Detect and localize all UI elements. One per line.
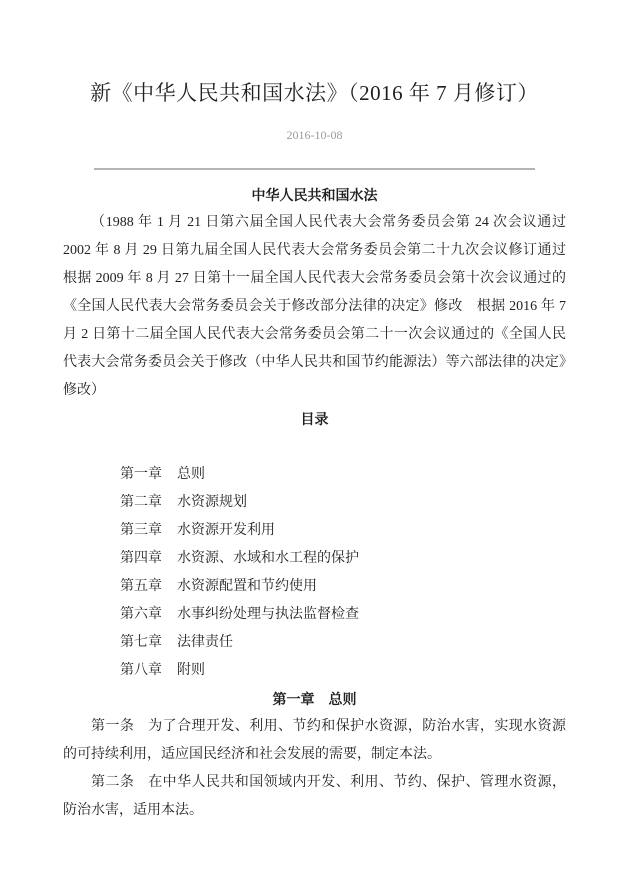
toc-item: 第二章水资源规划 <box>63 489 566 517</box>
divider <box>94 168 535 170</box>
chapter-number: 第一章 <box>273 691 315 707</box>
toc-chapter-label: 第一章 <box>120 461 162 489</box>
toc-chapter-title: 法律责任 <box>177 629 233 657</box>
law-article-number: 第二条 <box>91 775 134 790</box>
toc-chapter-label: 第二章 <box>120 489 162 517</box>
toc-chapter-title: 水资源配置和节约使用 <box>177 573 317 601</box>
chapter-title: 总则 <box>329 691 357 707</box>
toc-chapter-title: 水资源开发利用 <box>177 517 275 545</box>
toc-item: 第七章法律责任 <box>63 629 566 657</box>
toc-item: 第五章水资源配置和节约使用 <box>63 573 566 601</box>
toc-item: 第三章水资源开发利用 <box>63 517 566 545</box>
toc-chapter-title: 附则 <box>177 657 205 685</box>
toc-chapter-label: 第六章 <box>120 601 162 629</box>
law-article-text: 为了合理开发、利用、节约和保护水资源，防治水害，实现水资源的可持续利用，适应国民… <box>63 719 566 762</box>
article-body: 中华人民共和国水法 （1988 年 1 月 21 日第六届全国人民代表大会常务委… <box>63 181 566 825</box>
toc-item: 第四章水资源、水域和水工程的保护 <box>63 545 566 573</box>
toc-chapter-label: 第三章 <box>120 517 162 545</box>
law-article-1: 第一条为了合理开发、利用、节约和保护水资源，防治水害，实现水资源的可持续利用，适… <box>63 713 566 769</box>
law-article-2: 第二条在中华人民共和国领域内开发、利用、节约、保护、管理水资源，防治水害，适用本… <box>63 769 566 825</box>
document-page: 新《中华人民共和国水法》（2016 年 7 月修订） 2016-10-08 中华… <box>0 0 629 891</box>
toc-chapter-label: 第五章 <box>120 573 162 601</box>
law-article-number: 第一条 <box>91 719 134 734</box>
law-title: 中华人民共和国水法 <box>63 181 566 209</box>
toc-chapter-label: 第七章 <box>120 629 162 657</box>
toc-item: 第六章水事纠纷处理与执法监督检查 <box>63 601 566 629</box>
law-article-text: 在中华人民共和国领域内开发、利用、节约、保护、管理水资源，防治水害，适用本法。 <box>63 775 566 818</box>
toc-chapter-title: 总则 <box>177 461 205 489</box>
toc-chapter-title: 水事纠纷处理与执法监督检查 <box>177 601 359 629</box>
toc-chapter-label: 第四章 <box>120 545 162 573</box>
toc-chapter-title: 水资源、水域和水工程的保护 <box>177 545 359 573</box>
page-title: 新《中华人民共和国水法》（2016 年 7 月修订） <box>63 80 566 107</box>
toc-chapter-label: 第八章 <box>120 657 162 685</box>
toc-heading: 目录 <box>63 405 566 433</box>
chapter-1-heading: 第一章总则 <box>63 685 566 713</box>
publish-date: 2016-10-08 <box>63 128 566 143</box>
intro-paragraph: （1988 年 1 月 21 日第六届全国人民代表大会常务委员会第 24 次会议… <box>63 209 566 405</box>
toc-item: 第一章总则 <box>63 461 566 489</box>
toc-item: 第八章附则 <box>63 657 566 685</box>
spacer <box>63 433 566 461</box>
toc-chapter-title: 水资源规划 <box>177 489 247 517</box>
toc-list: 第一章总则 第二章水资源规划 第三章水资源开发利用 第四章水资源、水域和水工程的… <box>63 461 566 685</box>
